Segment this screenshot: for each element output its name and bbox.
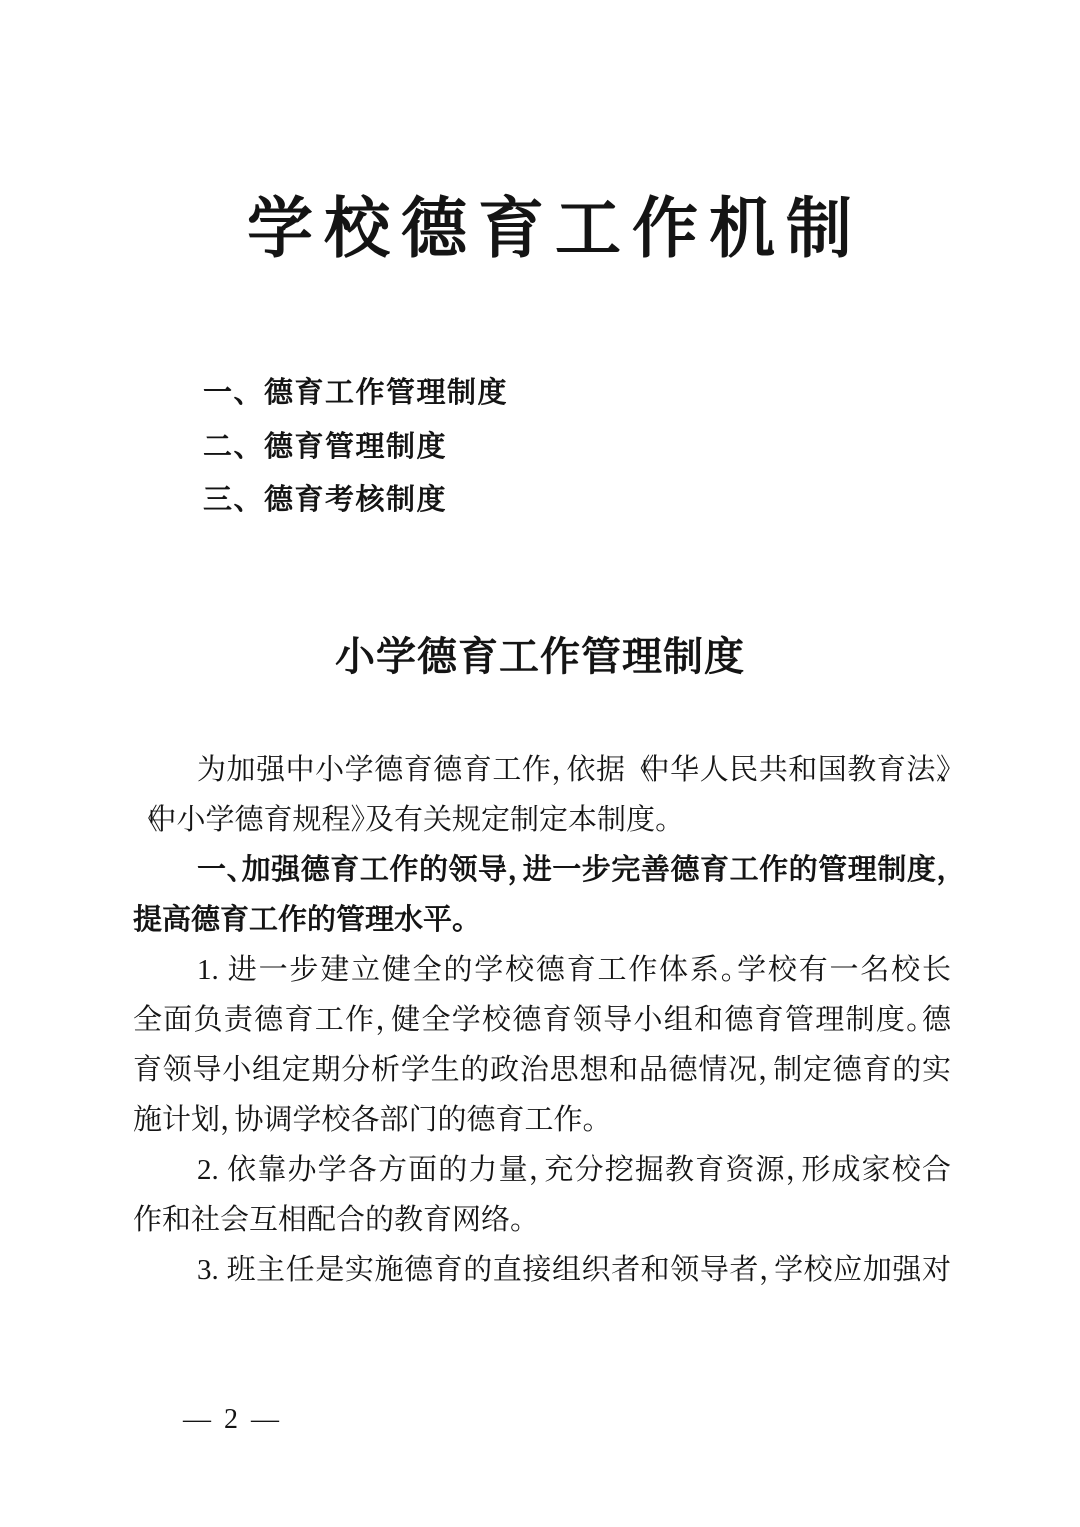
body-line: 2. 依靠办学各方面的力量，充分挖掘教育资源，形成家校合 xyxy=(133,1145,951,1195)
body-line: 3. 班主任是实施德育的直接组织者和领导者，学校应加强对 xyxy=(133,1245,951,1295)
body-line: 1. 进一步建立健全的学校德育工作体系。学校有一名校长 xyxy=(133,945,951,995)
toc-item-3: 三、德育考核制度 xyxy=(203,474,508,528)
page-number: — 2 — xyxy=(183,1404,279,1436)
body-line: 《中小学德育规程》及有关规定制定本制度。 xyxy=(133,795,951,845)
body-line: 育领导小组定期分析学生的政治思想和品德情况，制定德育的实 xyxy=(133,1045,951,1095)
body-line: 施计划，协调学校各部门的德育工作。 xyxy=(133,1095,951,1145)
section-heading: 小学德育工作管理制度 xyxy=(0,633,1080,681)
body-line: 作和社会互相配合的教育网络。 xyxy=(133,1195,951,1245)
toc-item-1: 一、德育工作管理制度 xyxy=(203,367,508,421)
toc: 一、德育工作管理制度 二、德育管理制度 三、德育考核制度 xyxy=(203,367,508,528)
body-line: 全面负责德育工作，健全学校德育领导小组和德育管理制度。德 xyxy=(133,995,951,1045)
body-line: 为加强中小学德育德育工作，依据《中华人民共和国教育法》、 xyxy=(133,745,951,795)
body-text: 为加强中小学德育德育工作，依据《中华人民共和国教育法》、 《中小学德育规程》及有… xyxy=(133,745,951,1295)
document-title: 学校德育工作机制 xyxy=(0,192,1080,268)
body-line: 一、加强德育工作的领导，进一步完善德育工作的管理制度， xyxy=(133,845,951,895)
document-page: 学校德育工作机制 一、德育工作管理制度 二、德育管理制度 三、德育考核制度 小学… xyxy=(0,0,1080,1527)
body-line: 提高德育工作的管理水平。 xyxy=(133,895,951,945)
toc-item-2: 二、德育管理制度 xyxy=(203,421,508,475)
